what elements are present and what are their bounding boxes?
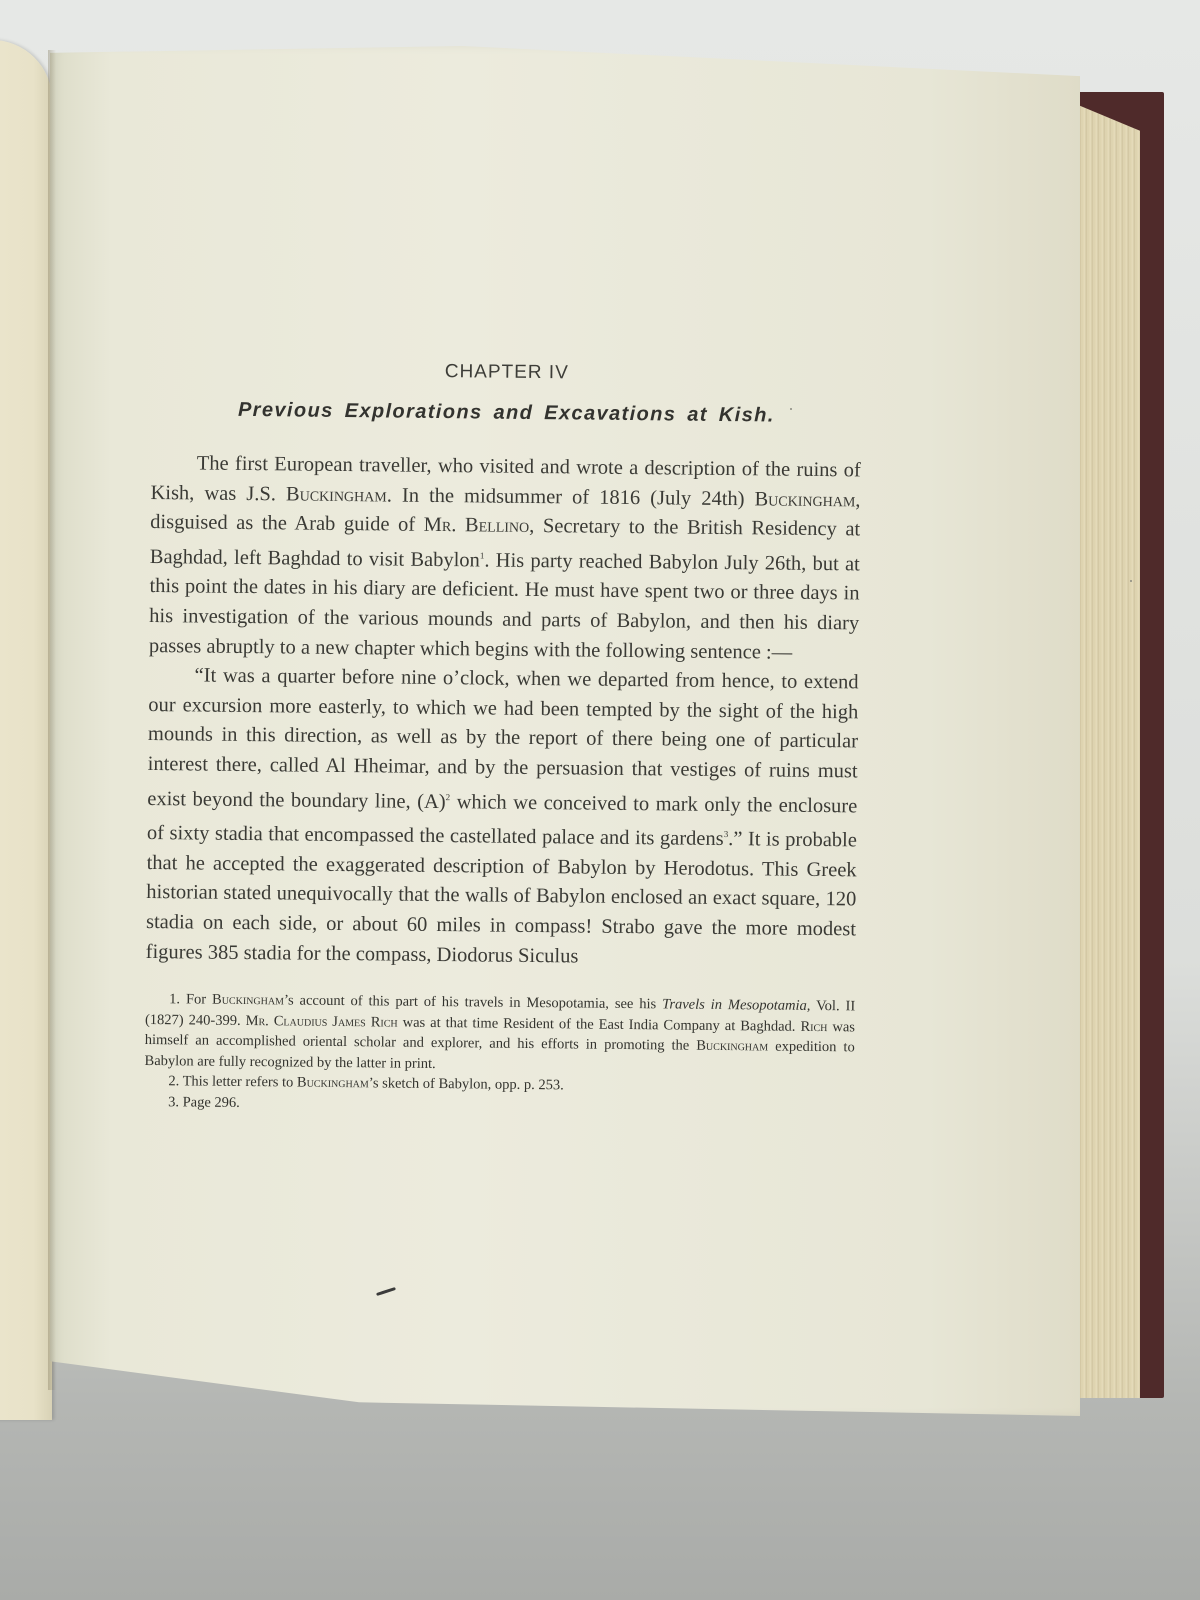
text-run: ’s account of this part of his travels i… (284, 993, 662, 1013)
person-name: Buckingham (297, 1075, 369, 1092)
person-name: Buckingham (286, 483, 387, 506)
text-run: .” It is probable that he accepted the e… (146, 828, 857, 967)
text-run: Page 296. (183, 1094, 240, 1111)
body-text: The first European traveller, who visite… (146, 449, 861, 975)
paragraph-1: The first European traveller, who visite… (149, 449, 861, 669)
page-content: CHAPTER IV Previous Explorations and Exc… (144, 352, 862, 1119)
paragraph-2: “It was a quarter before nine o’clock, w… (146, 661, 859, 974)
text-run: . In the midsummer of 1816 (July 24th) (387, 484, 755, 510)
left-page-edge (0, 40, 52, 1420)
person-name: Rich (800, 1018, 827, 1034)
footnote-number: 2. (168, 1073, 182, 1089)
text-run: ’s sketch of Babylon, opp. p. 253. (369, 1075, 564, 1093)
text-run: This letter refers to (183, 1073, 298, 1090)
person-name: Mr. Claudius James Rich (246, 1013, 398, 1031)
person-name: Buckingham (696, 1038, 768, 1055)
person-name: Mr. Bellino (424, 514, 530, 537)
footnote-number: 3. (168, 1094, 183, 1110)
chapter-title: Previous Explorations and Excavations at… (151, 398, 861, 428)
person-name: Buckingham (754, 488, 855, 511)
footnotes: 1. For Buckingham’s account of this part… (144, 989, 855, 1119)
book-title: Travels in Mesopotamia, (662, 996, 811, 1014)
text-run: was at that time Resident of the East In… (398, 1014, 801, 1034)
chapter-label: CHAPTER IV (152, 358, 862, 387)
person-name: Buckingham (212, 992, 284, 1009)
gutter-shadow (48, 50, 56, 1390)
paper-speck (790, 408, 792, 410)
text-run: For (186, 991, 212, 1007)
paper-speck (1130, 580, 1132, 582)
footnote-number: 1. (169, 991, 186, 1007)
footnote-1: 1. For Buckingham’s account of this part… (144, 989, 855, 1078)
